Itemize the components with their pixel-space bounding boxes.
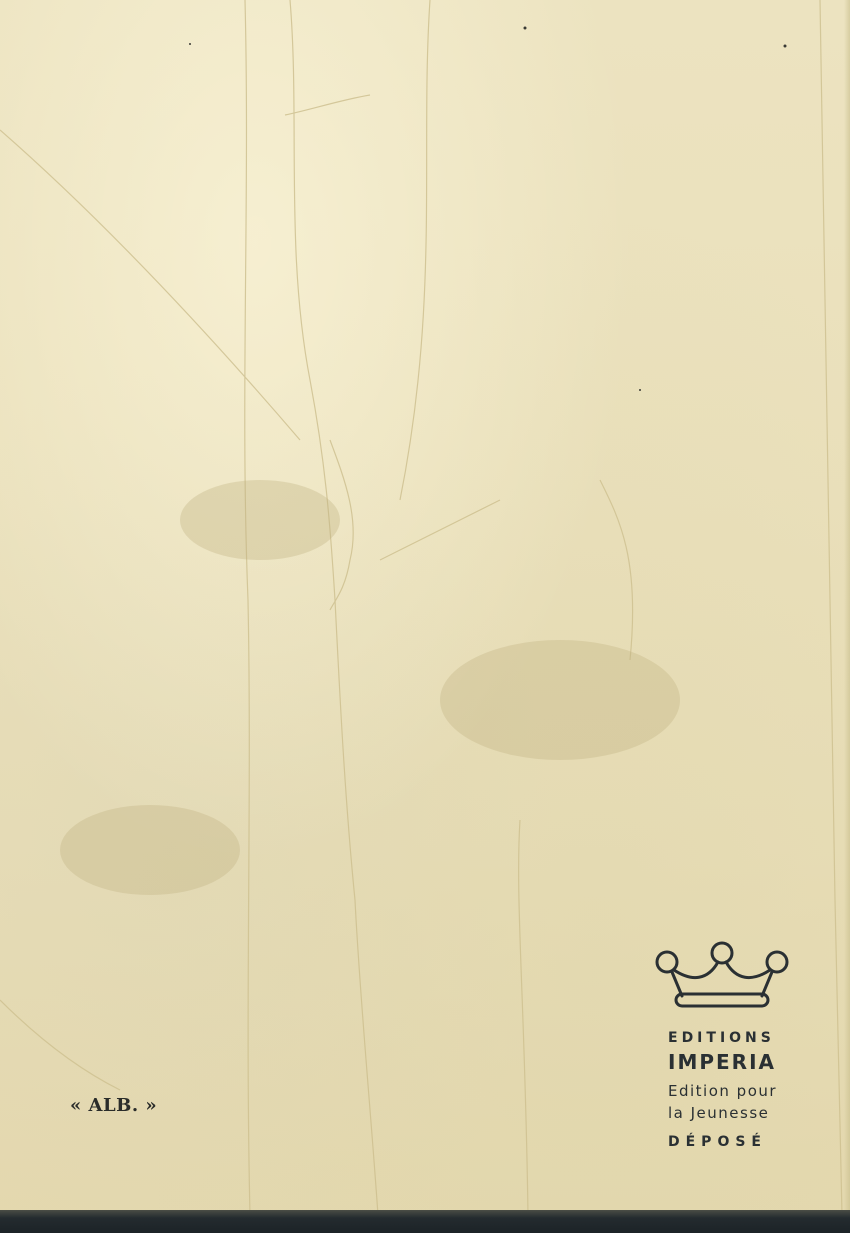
imprint-audience-line: la Jeunesse — [668, 1102, 797, 1124]
imprint-publisher-name: IMPERIA — [668, 1050, 797, 1074]
imprint-editions: EDITIONS — [668, 1030, 797, 1046]
publisher-imprint: EDITIONS IMPERIA Edition pour la Jeuness… — [652, 940, 797, 1150]
crown-icon — [652, 940, 792, 1010]
series-code: « ALB. » — [70, 1095, 157, 1116]
cover-right-edge — [844, 0, 850, 1215]
back-cover: « ALB. » EDITIONS IMPERIA Edition pour l… — [0, 0, 850, 1215]
scan-background-edge — [0, 1210, 850, 1233]
imprint-edition-line: Edition pour — [668, 1080, 797, 1102]
imprint-depose: DÉPOSÉ — [668, 1134, 797, 1150]
